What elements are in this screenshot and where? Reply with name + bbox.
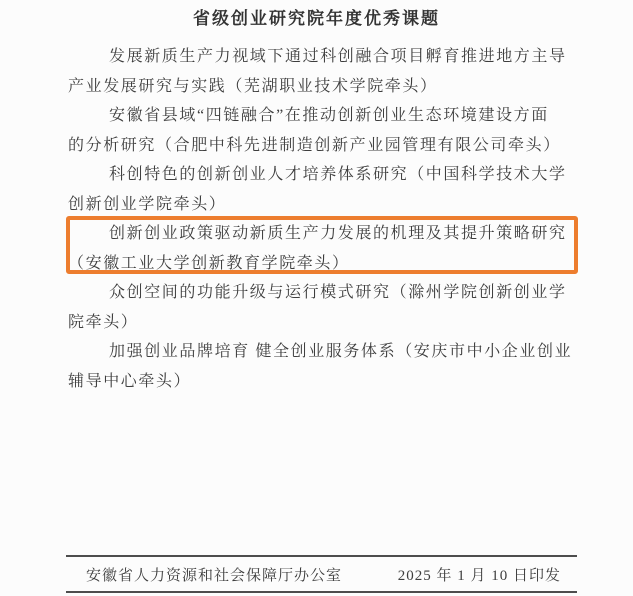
topic-paragraph-highlighted: 创新创业政策驱动新质生产力发展的机理及其提升策略研究 （安徽工业大学创新教育学院… [68,219,565,278]
topic-line: 加强创业品牌培育 健全创业服务体系（安庆市中小企业创业 [68,337,565,367]
topic-line: 发展新质生产力视域下通过科创融合项目孵育推进地方主导 [68,42,565,72]
topic-line: 院牵头） [68,308,565,338]
topic-line: 众创空间的功能升级与运行模式研究（滁州学院创新创业学 [68,278,565,308]
topic-line: （安徽工业大学创新教育学院牵头） [68,249,565,279]
topic-paragraph: 发展新质生产力视域下通过科创融合项目孵育推进地方主导 产业发展研究与实践（芜湖职… [68,42,565,101]
scanned-document-page: 省级创业研究院年度优秀课题 发展新质生产力视域下通过科创融合项目孵育推进地方主导… [0,0,633,596]
topic-line: 创新创业政策驱动新质生产力发展的机理及其提升策略研究 [68,219,565,249]
topic-line: 辅导中心牵头） [68,367,565,397]
topic-line: 创新创业学院牵头） [68,190,565,220]
topic-line: 科创特色的创新创业人才培养体系研究（中国科学技术大学 [68,160,565,190]
print-date: 2025 年 1 月 10 日印发 [398,564,561,585]
document-title: 省级创业研究院年度优秀课题 [0,0,633,30]
topic-paragraph: 科创特色的创新创业人才培养体系研究（中国科学技术大学 创新创业学院牵头） [68,160,565,219]
topic-paragraph: 加强创业品牌培育 健全创业服务体系（安庆市中小企业创业 辅导中心牵头） [68,337,565,396]
issuing-office: 安徽省人力资源和社会保障厅办公室 [86,564,342,585]
topic-paragraph: 众创空间的功能升级与运行模式研究（滁州学院创新创业学 院牵头） [68,278,565,337]
topic-line: 产业发展研究与实践（芜湖职业技术学院牵头） [68,72,565,102]
topic-line: 安徽省县域“四链融合”在推动创新创业生态环境建设方面 [68,101,565,131]
topic-paragraph: 安徽省县域“四链融合”在推动创新创业生态环境建设方面 的分析研究（合肥中科先进制… [68,101,565,160]
document-body: 发展新质生产力视域下通过科创融合项目孵育推进地方主导 产业发展研究与实践（芜湖职… [68,42,565,396]
document-footer: 安徽省人力资源和社会保障厅办公室 2025 年 1 月 10 日印发 [66,555,577,593]
topic-line: 的分析研究（合肥中科先进制造创新产业园管理有限公司牵头） [68,131,565,161]
